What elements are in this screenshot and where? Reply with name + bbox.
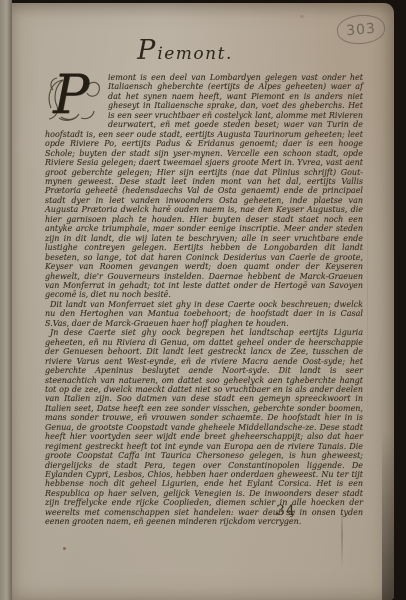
page-number: 34 <box>276 503 296 519</box>
paper-crease <box>367 143 368 463</box>
page-edge-shadow <box>382 430 394 600</box>
text-block: P iemont is een deel van Lombardyen gele… <box>45 73 363 527</box>
book-page: 303 Piemont. P iem <box>12 3 394 600</box>
paper-crease <box>341 504 343 570</box>
paper-stain <box>300 15 304 18</box>
paragraph-2: Dit landt van Monferraet siet ghy in des… <box>45 300 363 328</box>
page-title: Piemont. <box>12 35 358 66</box>
ornamental-initial: P <box>45 74 103 123</box>
drop-cap-letter: P <box>53 68 89 122</box>
paragraph-3: Jn dese Caerte siet ghy oock begrepen he… <box>45 328 363 527</box>
adjacent-page-edge <box>0 0 12 600</box>
paragraph-1: P iemont is een deel van Lombardyen gele… <box>45 73 363 300</box>
paper-stain <box>63 547 66 550</box>
